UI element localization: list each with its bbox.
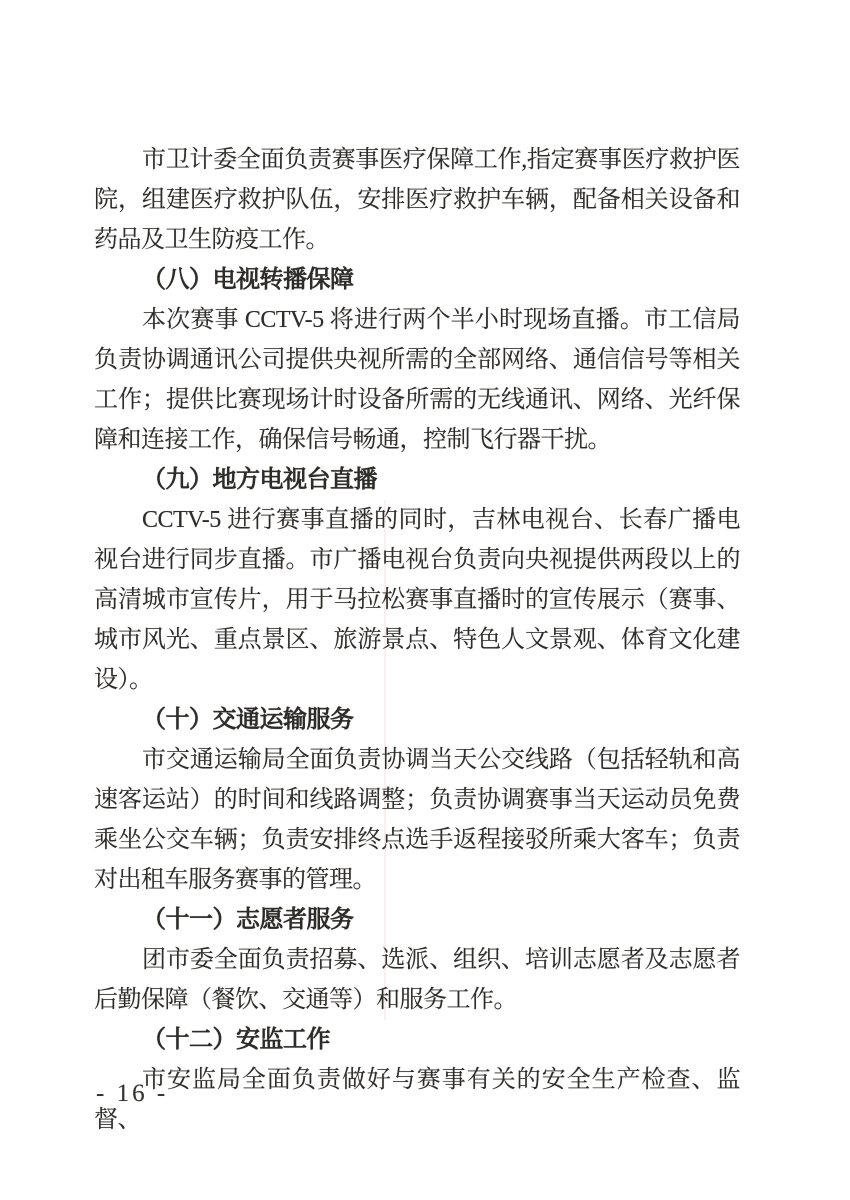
- section-heading: （八）电视转播保障: [94, 260, 740, 300]
- body-paragraph: 团市委全面负责招募、选派、组织、培训志愿者及志愿者后勤保障（餐饮、交通等）和服务…: [94, 940, 740, 1020]
- section-heading: （十）交通运输服务: [94, 700, 740, 740]
- section-heading: （十二）安监工作: [94, 1020, 740, 1060]
- section-heading: （十一）志愿者服务: [94, 900, 740, 940]
- page-number: - 16 -: [96, 1080, 168, 1108]
- body-paragraph: 市交通运输局全面负责协调当天公交线路（包括轻轨和高速客运站）的时间和线路调整；负…: [94, 740, 740, 900]
- document-page: 市卫计委全面负责赛事医疗保障工作,指定赛事医疗救护医院，组建医疗救护队伍，安排医…: [0, 0, 850, 1200]
- body-paragraph: 市安监局全面负责做好与赛事有关的安全生产检查、监督、: [94, 1060, 740, 1140]
- body-paragraph: 本次赛事 CCTV-5 将进行两个半小时现场直播。市工信局负责协调通讯公司提供央…: [94, 300, 740, 460]
- document-body: 市卫计委全面负责赛事医疗保障工作,指定赛事医疗救护医院，组建医疗救护队伍，安排医…: [94, 140, 740, 1140]
- body-paragraph: 市卫计委全面负责赛事医疗保障工作,指定赛事医疗救护医院，组建医疗救护队伍，安排医…: [94, 140, 740, 260]
- body-paragraph: CCTV-5 进行赛事直播的同时，吉林电视台、长春广播电视台进行同步直播。市广播…: [94, 500, 740, 700]
- section-heading: （九）地方电视台直播: [94, 460, 740, 500]
